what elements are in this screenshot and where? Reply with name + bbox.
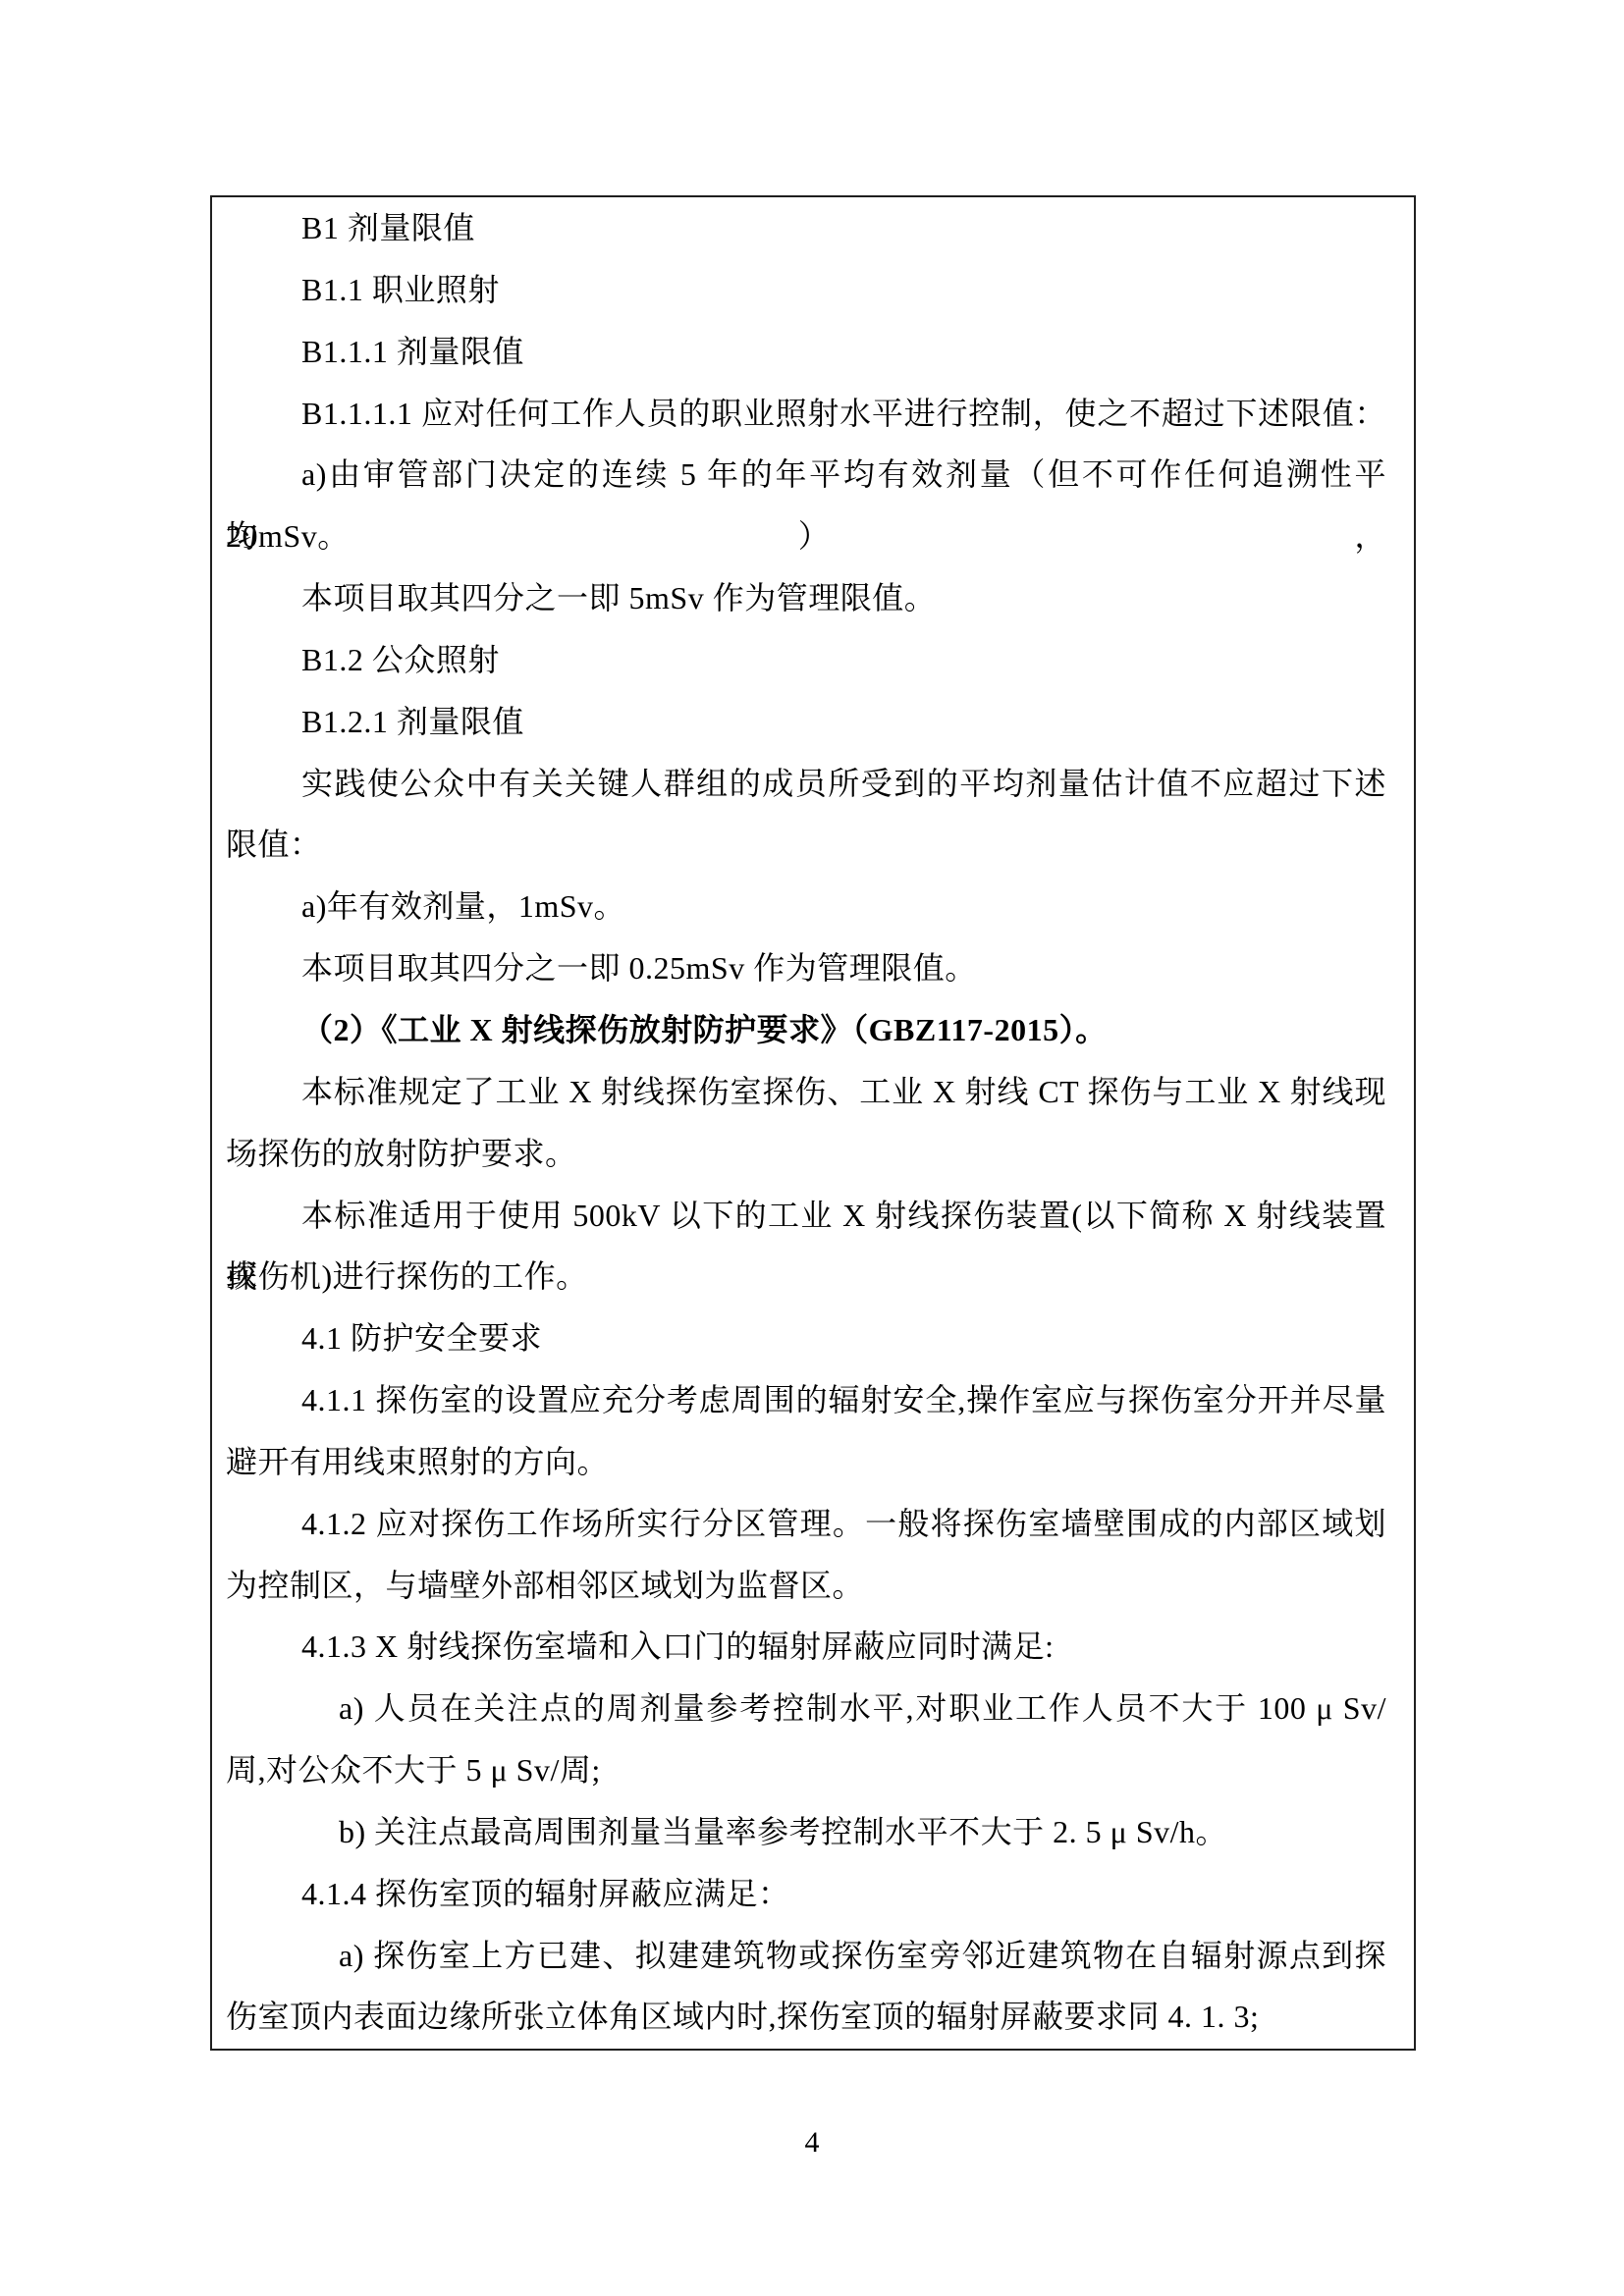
heading-standard-gbz117: （2）《工业 X 射线探伤放射防护要求》（GBZ117-2015）。 [226, 999, 1386, 1061]
text-line: 本标准规定了工业 X 射线探伤室探伤、工业 X 射线 CT 探伤与工业 X 射线… [226, 1061, 1386, 1123]
text-line: a) 探伤室上方已建、拟建建筑物或探伤室旁邻近建筑物在自辐射源点到探 [226, 1925, 1386, 1987]
heading-b1-1-1: B1.1.1 剂量限值 [226, 321, 1386, 383]
text-line: 周,对公众不大于 5 μ Sv/周; [226, 1739, 1386, 1801]
heading-4-1-4: 4.1.4 探伤室顶的辐射屏蔽应满足： [226, 1863, 1386, 1925]
text-line: 伤室顶内表面边缘所张立体角区域内时,探伤室顶的辐射屏蔽要求同 4. 1. 3; [226, 1986, 1386, 2048]
text-line: 本项目取其四分之一即 5mSv 作为管理限值。 [226, 567, 1386, 629]
document-border: B1 剂量限值 B1.1 职业照射 B1.1.1 剂量限值 B1.1.1.1 应… [210, 195, 1416, 2051]
page-number: 4 [0, 2123, 1624, 2163]
heading-4-1-3: 4.1.3 X 射线探伤室墙和入口门的辐射屏蔽应同时满足: [226, 1616, 1386, 1678]
text-line: a)年有效剂量，1mSv。 [226, 876, 1386, 937]
text-line: 实践使公众中有关关键人群组的成员所受到的平均剂量估计值不应超过下述 [226, 753, 1386, 815]
document-page: B1 剂量限值 B1.1 职业照射 B1.1.1 剂量限值 B1.1.1.1 应… [0, 0, 1624, 2296]
text-line: 4.1.2 应对探伤工作场所实行分区管理。一般将探伤室墙壁围成的内部区域划 [226, 1493, 1386, 1555]
text-line: 4.1.1 探伤室的设置应充分考虑周围的辐射安全,操作室应与探伤室分开并尽量 [226, 1369, 1386, 1431]
heading-4-1: 4.1 防护安全要求 [226, 1308, 1386, 1369]
text-line: 探伤机)进行探伤的工作。 [226, 1246, 1386, 1308]
text-line: 限值： [226, 814, 1386, 876]
text-line: a) 人员在关注点的周剂量参考控制水平,对职业工作人员不大于 100 μ Sv/ [226, 1678, 1386, 1739]
text-line: 为控制区，与墙壁外部相邻区域划为监督区。 [226, 1555, 1386, 1617]
text-line: b) 关注点最高周围剂量当量率参考控制水平不大于 2. 5 μ Sv/h。 [226, 1801, 1386, 1863]
text-line: 场探伤的放射防护要求。 [226, 1123, 1386, 1185]
heading-b1-2-1: B1.2.1 剂量限值 [226, 691, 1386, 753]
heading-b1: B1 剂量限值 [226, 197, 1386, 259]
text-line: 避开有用线束照射的方向。 [226, 1431, 1386, 1493]
text-line: a)由审管部门决定的连续 5 年的年平均有效剂量（但不可作任何追溯性平均）， [226, 444, 1386, 506]
heading-b1-2: B1.2 公众照射 [226, 629, 1386, 691]
text-line: 本项目取其四分之一即 0.25mSv 作为管理限值。 [226, 937, 1386, 999]
text-line: B1.1.1.1 应对任何工作人员的职业照射水平进行控制，使之不超过下述限值： [226, 383, 1386, 445]
heading-b1-1: B1.1 职业照射 [226, 259, 1386, 321]
text-line: 本标准适用于使用 500kV 以下的工业 X 射线探伤装置(以下简称 X 射线装… [226, 1185, 1386, 1247]
